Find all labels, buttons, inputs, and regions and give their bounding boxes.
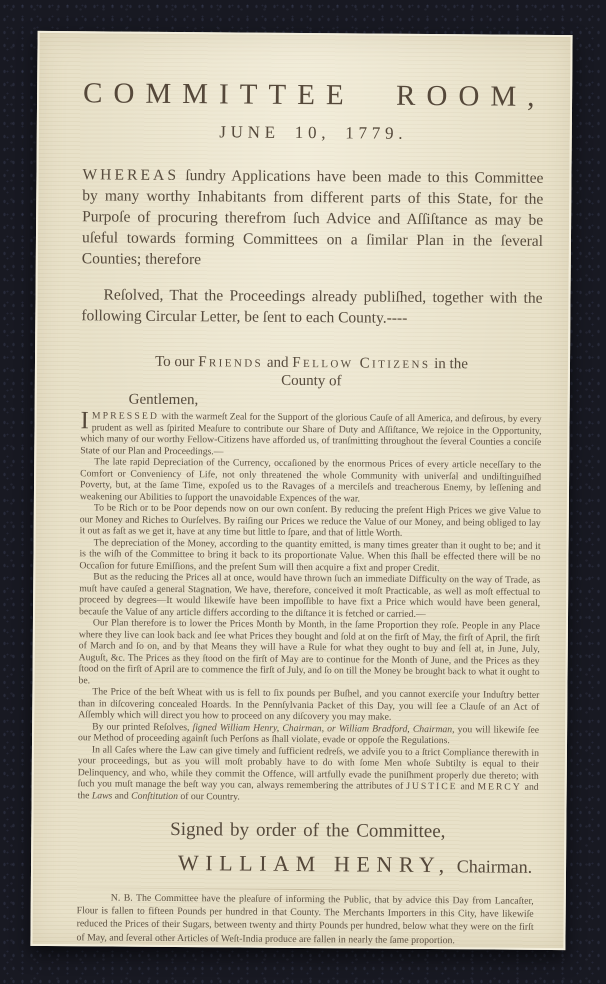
letter-paragraph-7: The Price of the beſt Wheat with us is f… [78, 686, 539, 724]
salutation-pre: To our [155, 354, 198, 370]
letter-paragraph-5: But as the reducing the Prices all at on… [79, 571, 540, 621]
signature-name-text: WILLIAM HENRY, [178, 850, 451, 877]
document-date: JUNE 10, 1779. [83, 121, 544, 145]
letter-paragraph-9: In all Caſes where the Law can give time… [78, 744, 539, 805]
document-content: COMMITTEE ROOM, JUNE 10, 1779. WHEREAS ſ… [32, 33, 570, 948]
nota-bene-paragraph: N. B. The Committee have the pleaſure of… [76, 891, 533, 947]
broadside-document: COMMITTEE ROOM, JUNE 10, 1779. WHEREAS ſ… [30, 31, 572, 950]
laws-word: Laws [92, 790, 113, 801]
letter-paragraph-4: The depreciation of the Money, according… [79, 537, 540, 575]
letter-p9-and3: and [112, 790, 131, 801]
resolved-paragraph: Reſolved, That the Proceedings already p… [81, 284, 542, 330]
salutation-line1: To our Friends and Fellow Citizens in th… [81, 353, 542, 374]
letter-p9-post: of our Country. [178, 791, 240, 802]
document-title: COMMITTEE ROOM, [83, 77, 544, 114]
signature-title-text: Chairman. [457, 856, 533, 877]
whereas-lead: WHEREAS [82, 166, 179, 184]
salutation-friends: Friends [198, 354, 263, 371]
gentlemen-salutation: Gentlemen, [129, 392, 542, 412]
justice-word: JUSTICE [406, 781, 457, 792]
constitution-word: Conſtitution [131, 790, 178, 801]
signature: WILLIAM HENRY, Chairman. [77, 849, 538, 879]
letter-p1-lead: MPRESSED [92, 410, 159, 422]
letter-paragraph-6: Our Plan therefore is to lower the Price… [78, 617, 540, 690]
salutation-line2: County of [81, 371, 542, 392]
signed-by-order-line: Signed by order of the Committee, [77, 818, 538, 844]
letter-p8-pre: By our printed Reſolves, [92, 721, 193, 733]
whereas-paragraph: WHEREAS ſundry Applications have been ma… [82, 164, 544, 273]
letter-body: IMPRESSED with the warmeſt Zeal for the … [78, 410, 542, 805]
mercy-word: MERCY [477, 781, 521, 792]
salutation: To our Friends and Fellow Citizens in th… [81, 353, 542, 392]
salutation-fellow-citizens: Fellow Citizens [292, 355, 430, 372]
letter-paragraph-1: IMPRESSED with the warmeſt Zeal for the … [80, 410, 541, 460]
salutation-post: in the [430, 356, 468, 372]
letter-paragraph-3: To be Rich or to be Poor depends now on … [80, 502, 541, 540]
salutation-mid: and [263, 355, 292, 371]
letter-p9-and1: and [457, 781, 477, 792]
letter-paragraph-2: The late rapid Depreciation of the Curre… [80, 456, 541, 506]
dropcap-initial: I [80, 410, 91, 430]
